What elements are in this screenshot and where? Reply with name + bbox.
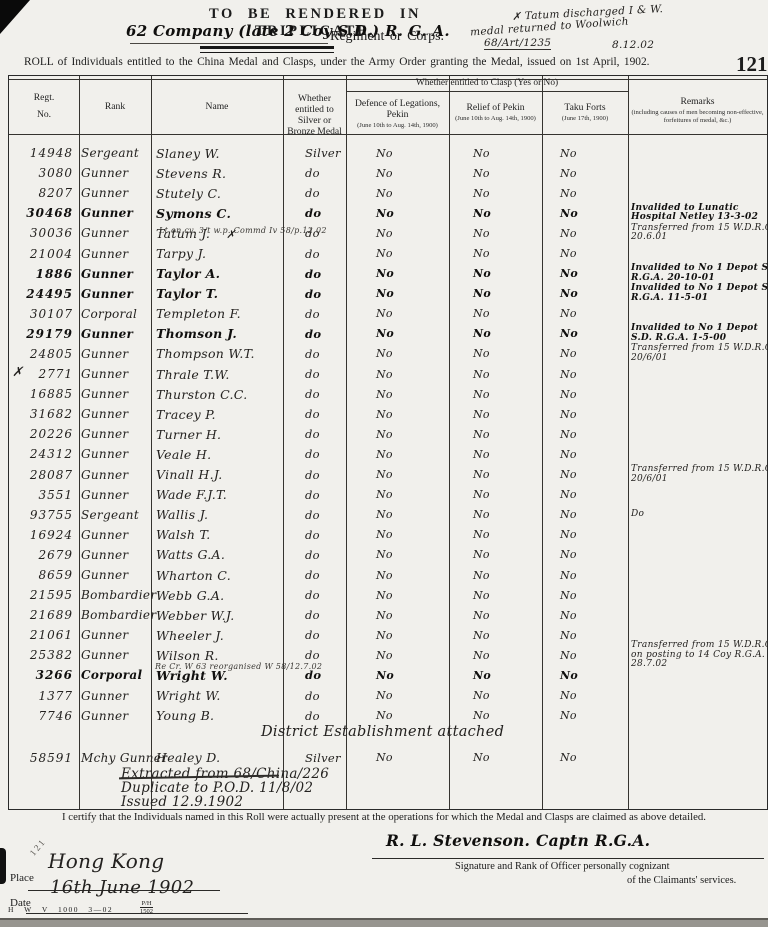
medal-value: do bbox=[283, 508, 346, 522]
medal-value: do bbox=[283, 347, 346, 361]
margin-x-mark: ✗ bbox=[12, 365, 23, 380]
clasp-defence-value: No bbox=[346, 207, 449, 220]
regt-no-value: 24495 bbox=[9, 287, 79, 301]
clasp-defence-value: No bbox=[346, 287, 449, 300]
table-row: 93755SergeantWallis J.doNoNoNoDo bbox=[9, 505, 767, 525]
medal-value: Silver bbox=[283, 751, 346, 765]
place-value: Hong Kong bbox=[48, 849, 164, 873]
clasp-relief-value: No bbox=[449, 649, 542, 662]
medal-value: do bbox=[283, 568, 346, 582]
clasp-relief-value: No bbox=[449, 167, 542, 180]
clasp-taku-value: No bbox=[542, 468, 628, 481]
name-value: Thrale T.W. bbox=[151, 367, 283, 382]
clasp-relief-value: No bbox=[449, 408, 542, 421]
rank-value: Gunner bbox=[79, 427, 151, 441]
rank-value: Gunner bbox=[79, 387, 151, 401]
rank-value: Gunner bbox=[79, 166, 151, 180]
header-clasp-group: Whether entitled to Clasp (Yes or No) bbox=[346, 78, 628, 89]
place-label: Place bbox=[10, 872, 34, 884]
clasp-defence-value: No bbox=[346, 649, 449, 662]
clasp-defence-value: No bbox=[346, 528, 449, 541]
medal-value: do bbox=[283, 628, 346, 642]
name-value: Templeton F. bbox=[151, 306, 283, 321]
clasp-taku-value: No bbox=[542, 327, 628, 340]
name-value: Young B. bbox=[151, 708, 283, 723]
clasp-defence-value: No bbox=[346, 327, 449, 340]
medal-value: do bbox=[283, 327, 346, 341]
medal-value: do bbox=[283, 488, 346, 502]
header-remarks-sub: (including causes of men becoming non-ef… bbox=[628, 109, 767, 124]
medal-value: do bbox=[283, 528, 346, 542]
clasp-relief-value: No bbox=[449, 689, 542, 702]
table-row: 31682GunnerTracey P.doNoNoNo bbox=[9, 404, 767, 424]
name-value: Taylor T. bbox=[151, 286, 283, 301]
clasp-defence-value: No bbox=[346, 751, 449, 764]
clasp-taku-value: No bbox=[542, 528, 628, 541]
medal-value: do bbox=[283, 608, 346, 622]
issued-note: Issued 12.9.1902 bbox=[121, 794, 243, 810]
rank-value: Gunner bbox=[79, 548, 151, 562]
clasp-defence-value: No bbox=[346, 428, 449, 441]
medal-value: do bbox=[283, 267, 346, 281]
regt-no-value: 31682 bbox=[9, 407, 79, 421]
medal-value: do bbox=[283, 468, 346, 482]
table-row: 58591Mchy GunnerHealey D.SilverNoNoNo bbox=[9, 748, 767, 768]
rank-value: Gunner bbox=[79, 568, 151, 582]
table-row: 7746GunnerYoung B.doNoNoNo bbox=[9, 706, 767, 726]
remarks-cell: Invalided to No 1 DepotS.D. R.G.A. 1-5-0… bbox=[628, 324, 767, 343]
remark-line: 20/6/01 bbox=[631, 354, 767, 364]
remark-line: Hospital Netley 13-3-02 bbox=[631, 213, 767, 223]
clasp-relief-value: No bbox=[449, 307, 542, 320]
regt-no-value: 3080 bbox=[9, 166, 79, 180]
clasp-taku-value: No bbox=[542, 428, 628, 441]
table-row: 30107CorporalTempleton F.doNoNoNo bbox=[9, 304, 767, 324]
rank-value: Bombardier bbox=[79, 608, 151, 622]
remarks-cell: Invalided to No 1 Depot S.D.R.G.A. 20-10… bbox=[628, 264, 767, 283]
table-row: 21595BombardierWebb G.A.doNoNoNo bbox=[9, 585, 767, 605]
clasp-taku-value: No bbox=[542, 247, 628, 260]
table-row: 21004GunnerTarpy J.doNoNoNo bbox=[9, 243, 767, 263]
clasp-taku-value: No bbox=[542, 207, 628, 220]
signature-line bbox=[372, 858, 764, 859]
clasp-defence-value: No bbox=[346, 227, 449, 240]
table-row: 20226GunnerTurner H.doNoNoNo bbox=[9, 424, 767, 444]
name-value: Slaney W. bbox=[151, 146, 283, 161]
clasp-defence-value: No bbox=[346, 448, 449, 461]
clasp-relief-value: No bbox=[449, 227, 542, 240]
clasp-taku-value: No bbox=[542, 569, 628, 582]
rank-value: Gunner bbox=[79, 226, 151, 240]
name-value: Tracey P. bbox=[151, 407, 283, 422]
table-row: 8659GunnerWharton C.doNoNoNo bbox=[9, 565, 767, 585]
clasp-taku-value: No bbox=[542, 167, 628, 180]
clasp-taku-value: No bbox=[542, 669, 628, 682]
header-taku-label: Taku Forts bbox=[564, 102, 605, 113]
clasp-defence-value: No bbox=[346, 368, 449, 381]
clasp-relief-value: No bbox=[449, 528, 542, 541]
signature-caption-line1: Signature and Rank of Officer personally… bbox=[455, 861, 669, 872]
regt-no-value: 21061 bbox=[9, 628, 79, 642]
clasp-defence-value: No bbox=[346, 589, 449, 602]
table-row: 25382GunnerWilson R.doNoNoNoTransferred … bbox=[9, 645, 767, 665]
clasp-taku-value: No bbox=[542, 388, 628, 401]
clasp-taku-value: No bbox=[542, 649, 628, 662]
header-relief-label: Relief of Pekin bbox=[466, 102, 524, 113]
rank-value: Corporal bbox=[79, 307, 151, 321]
regt-no-value: 8207 bbox=[9, 186, 79, 200]
table-rows: 14948SergeantSlaney W.SilverNoNoNo3080Gu… bbox=[9, 143, 767, 768]
table-row: ✗2771GunnerThrale T.W.doNoNoNo bbox=[9, 364, 767, 384]
clasp-defence-value: No bbox=[346, 187, 449, 200]
clasp-defence-value: No bbox=[346, 468, 449, 481]
clasp-relief-value: No bbox=[449, 709, 542, 722]
name-value: Healey D. bbox=[151, 750, 283, 765]
wright-interlinear-annotation: Re Cr. W 63 reorganised W 58/12.7.02 bbox=[155, 662, 322, 671]
medal-value: do bbox=[283, 166, 346, 180]
regt-no-value: 21004 bbox=[9, 247, 79, 261]
regt-no-value: 29179 bbox=[9, 327, 79, 341]
header-rank: Rank bbox=[79, 101, 151, 112]
table-row: 3080GunnerStevens R.doNoNoNo bbox=[9, 163, 767, 183]
table-row: 21689BombardierWebber W.J.doNoNoNo bbox=[9, 605, 767, 625]
name-value: Wharton C. bbox=[151, 568, 283, 583]
table-row: 30468GunnerSymons C.doNoNoNoInvalided to… bbox=[9, 203, 767, 223]
header-defence-of-legations: Defence of Legations, Pekin (June 10th t… bbox=[346, 98, 449, 130]
clasp-taku-value: No bbox=[542, 548, 628, 561]
clasp-defence-value: No bbox=[346, 488, 449, 501]
regiment-or-corps-label: Regiment or Corps. bbox=[330, 29, 444, 45]
table-row: 1377GunnerWright W.doNoNoNo bbox=[9, 686, 767, 706]
medal-value: do bbox=[283, 206, 346, 220]
clasp-defence-value: No bbox=[346, 548, 449, 561]
regt-no-value: 25382 bbox=[9, 648, 79, 662]
remarks-cell: Transferred from 15 W.D.R.Ga20.6.01 bbox=[628, 224, 767, 243]
table-row: 8207GunnerStutely C.doNoNoNo bbox=[9, 183, 767, 203]
file-stamp: P/H 1502 bbox=[140, 900, 153, 915]
rank-value: Gunner bbox=[79, 327, 151, 341]
regt-no-value: 14948 bbox=[9, 146, 79, 160]
table-row: 2679GunnerWatts G.A.doNoNoNo bbox=[9, 545, 767, 565]
header-taku-forts: Taku Forts (June 17th, 1900) bbox=[542, 102, 628, 123]
clasp-relief-value: No bbox=[449, 147, 542, 160]
name-value: Wright W. bbox=[151, 688, 283, 703]
unit-underline bbox=[130, 43, 328, 44]
header-remarks: Remarks (including causes of men becomin… bbox=[628, 96, 767, 124]
rank-value: Gunner bbox=[79, 709, 151, 723]
name-value: Wallis J. bbox=[151, 507, 283, 522]
table-row: 24312GunnerVeale H.doNoNoNo bbox=[9, 444, 767, 464]
name-value: Watts G.A. bbox=[151, 547, 283, 562]
header-name: Name bbox=[151, 101, 283, 112]
clasp-relief-value: No bbox=[449, 207, 542, 220]
name-value: Thurston C.C. bbox=[151, 387, 283, 402]
rank-value: Gunner bbox=[79, 468, 151, 482]
header-relief-dates: (June 10th to Aug. 14th, 1900) bbox=[449, 115, 542, 123]
clasp-defence-value: No bbox=[346, 669, 449, 682]
clasp-taku-value: No bbox=[542, 689, 628, 702]
remarks-cell: Invalided to LunaticHospital Netley 13-3… bbox=[628, 204, 767, 223]
name-value: Symons C. bbox=[151, 206, 283, 221]
rank-value: Gunner bbox=[79, 287, 151, 301]
rank-value: Gunner bbox=[79, 206, 151, 220]
table-row: 29179GunnerThomson J.doNoNoNoInvalided t… bbox=[9, 324, 767, 344]
regt-no-value: 58591 bbox=[9, 751, 79, 765]
clasp-taku-value: No bbox=[542, 589, 628, 602]
regt-no-value: 1377 bbox=[9, 689, 79, 703]
clasp-taku-value: No bbox=[542, 147, 628, 160]
clasp-defence-value: No bbox=[346, 147, 449, 160]
clasp-relief-value: No bbox=[449, 448, 542, 461]
header-defence-label: Defence of Legations, Pekin bbox=[355, 98, 440, 120]
table-row: 3551GunnerWade F.J.T.doNoNoNo bbox=[9, 485, 767, 505]
regt-no-value: 30468 bbox=[9, 206, 79, 220]
regt-no-value: 3551 bbox=[9, 488, 79, 502]
regt-no-value: 21595 bbox=[9, 588, 79, 602]
rank-value: Bombardier bbox=[79, 588, 151, 602]
clasp-taku-value: No bbox=[542, 347, 628, 360]
clasp-taku-value: No bbox=[542, 709, 628, 722]
name-value: Walsh T. bbox=[151, 527, 283, 542]
tatum-interlinear-annotation: Lt on cv. 3/t w.p. Commd Iv 58/p.12.02 bbox=[159, 226, 327, 235]
header-medal-entitlement: Whether entitled to Silver or Bronze Med… bbox=[283, 93, 346, 137]
clasp-relief-value: No bbox=[449, 247, 542, 260]
medal-value: do bbox=[283, 689, 346, 703]
table-row: 3266CorporalWright W.doNoNoNo bbox=[9, 665, 767, 685]
roll-statement: ROLL of Individuals entitled to the Chin… bbox=[24, 56, 736, 68]
officer-signature: R. L. Stevenson. Captn R.G.A. bbox=[386, 831, 650, 850]
regt-no-value: 7746 bbox=[9, 709, 79, 723]
clasp-relief-value: No bbox=[449, 488, 542, 501]
name-value: Thomson J. bbox=[151, 326, 283, 341]
clasp-taku-value: No bbox=[542, 629, 628, 642]
table-row: 24805GunnerThompson W.T.doNoNoNoTransfer… bbox=[9, 344, 767, 364]
name-value: Veale H. bbox=[151, 447, 283, 462]
certification-statement: I certify that the Individuals named in … bbox=[30, 811, 738, 823]
rank-value: Gunner bbox=[79, 347, 151, 361]
clasp-relief-value: No bbox=[449, 368, 542, 381]
table-row: 30036GunnerTatum J.✗doNoNoNoTransferred … bbox=[9, 223, 767, 243]
name-value: Wilson R. bbox=[151, 648, 283, 663]
name-value: Webb G.A. bbox=[151, 588, 283, 603]
regt-no-value: 28087 bbox=[9, 468, 79, 482]
header-defence-dates: (June 10th to Aug. 14th, 1900) bbox=[346, 122, 449, 130]
rank-value: Gunner bbox=[79, 407, 151, 421]
date-value: 16th June 1902 bbox=[50, 877, 194, 898]
clasp-defence-value: No bbox=[346, 247, 449, 260]
remarks-cell: Transferred from 15 W.D.R.Ga20/6/01 bbox=[628, 344, 767, 363]
rank-value: Gunner bbox=[79, 528, 151, 542]
pencil-note: 121 bbox=[28, 836, 48, 857]
rank-value: Gunner bbox=[79, 628, 151, 642]
signature-caption-line2: of the Claimants' services. bbox=[627, 875, 736, 886]
medal-value: do bbox=[283, 407, 346, 421]
rank-value: Corporal bbox=[79, 668, 151, 682]
name-value: Stevens R. bbox=[151, 166, 283, 181]
clasp-relief-value: No bbox=[449, 751, 542, 764]
remark-line: S.D. R.G.A. 1-5-00 bbox=[631, 334, 767, 344]
remark-line: 20.6.01 bbox=[631, 233, 767, 243]
header-regt-line2: No. bbox=[9, 109, 79, 120]
header-bottom-rule bbox=[9, 134, 767, 135]
clasp-taku-value: No bbox=[542, 368, 628, 381]
regt-no-value: 24805 bbox=[9, 347, 79, 361]
medal-value: do bbox=[283, 287, 346, 301]
table-row: 28087GunnerVinall H.J.doNoNoNoTransferre… bbox=[9, 465, 767, 485]
clasp-relief-value: No bbox=[449, 569, 542, 582]
printer-code: H W V 1000 3—02 bbox=[8, 905, 113, 914]
clasp-defence-value: No bbox=[346, 609, 449, 622]
regt-no-value: 3266 bbox=[9, 668, 79, 682]
clasp-taku-value: No bbox=[542, 448, 628, 461]
clasp-taku-value: No bbox=[542, 287, 628, 300]
clasp-relief-value: No bbox=[449, 347, 542, 360]
remarks-cell: Invalided to No 1 Depot S.D.R.G.A. 11-5-… bbox=[628, 284, 767, 303]
clasp-taku-value: No bbox=[542, 609, 628, 622]
rank-value: Gunner bbox=[79, 648, 151, 662]
clasp-defence-value: No bbox=[346, 307, 449, 320]
clasp-relief-value: No bbox=[449, 428, 542, 441]
regt-no-value: 16885 bbox=[9, 387, 79, 401]
top-annotation-reference: 68/Art/1235 bbox=[484, 37, 551, 50]
medal-value: Silver bbox=[283, 146, 346, 160]
name-value: Vinall H.J. bbox=[151, 467, 283, 482]
clasp-relief-value: No bbox=[449, 327, 542, 340]
page-number-stamp: 121 bbox=[736, 52, 768, 77]
table-row: 16885GunnerThurston C.C.doNoNoNo bbox=[9, 384, 767, 404]
header-regt-no: Regt. No. bbox=[9, 92, 79, 126]
name-value: Tarpy J. bbox=[151, 246, 283, 261]
regt-no-value: 2679 bbox=[9, 548, 79, 562]
top-annotation-date: 8.12.02 bbox=[612, 39, 654, 51]
clasp-defence-value: No bbox=[346, 267, 449, 280]
regt-no-value: 24312 bbox=[9, 447, 79, 461]
clasp-defence-value: No bbox=[346, 689, 449, 702]
rank-value: Gunner bbox=[79, 689, 151, 703]
clasp-defence-value: No bbox=[346, 167, 449, 180]
clasp-relief-value: No bbox=[449, 669, 542, 682]
medal-value: do bbox=[283, 367, 346, 381]
rank-value: Sergeant bbox=[79, 508, 151, 522]
clasp-taku-value: No bbox=[542, 488, 628, 501]
medal-value: do bbox=[283, 387, 346, 401]
clasp-relief-value: No bbox=[449, 609, 542, 622]
clasp-relief-value: No bbox=[449, 388, 542, 401]
table-row: 24495GunnerTaylor T.doNoNoNoInvalided to… bbox=[9, 284, 767, 304]
medal-roll-table: Regt. No. Rank Name Whether entitled to … bbox=[8, 75, 768, 810]
clasp-defence-value: No bbox=[346, 569, 449, 582]
regt-no-value: 93755 bbox=[9, 508, 79, 522]
clasp-taku-value: No bbox=[542, 227, 628, 240]
clasp-taku-value: No bbox=[542, 187, 628, 200]
medal-value: do bbox=[283, 186, 346, 200]
header-relief-of-pekin: Relief of Pekin (June 10th to Aug. 14th,… bbox=[449, 102, 542, 123]
clasp-taku-value: No bbox=[542, 408, 628, 421]
remarks-cell: Do bbox=[628, 510, 767, 520]
name-value: Webber W.J. bbox=[151, 608, 283, 623]
rank-value: Gunner bbox=[79, 267, 151, 281]
clasp-relief-value: No bbox=[449, 187, 542, 200]
remarks-cell: Transferred from 15 W.D.R.Ga20/6/01 bbox=[628, 465, 767, 484]
clasp-taku-value: No bbox=[542, 508, 628, 521]
name-value: Turner H. bbox=[151, 427, 283, 442]
medal-value: do bbox=[283, 648, 346, 662]
remark-line: R.G.A. 11-5-01 bbox=[631, 294, 767, 304]
rank-value: Gunner bbox=[79, 186, 151, 200]
table-row: 16924GunnerWalsh T.doNoNoNo bbox=[9, 525, 767, 545]
clasp-defence-value: No bbox=[346, 709, 449, 722]
double-rule bbox=[200, 46, 334, 53]
district-establishment-note: District Establishment attached bbox=[261, 724, 504, 740]
clasp-relief-value: No bbox=[449, 508, 542, 521]
clasp-relief-value: No bbox=[449, 468, 542, 481]
rank-value: Gunner bbox=[79, 247, 151, 261]
remark-line: R.G.A. 20-10-01 bbox=[631, 274, 767, 284]
regt-no-value: 8659 bbox=[9, 568, 79, 582]
clasp-relief-value: No bbox=[449, 548, 542, 561]
rank-value: Gunner bbox=[79, 488, 151, 502]
header-regt-line1: Regt. bbox=[9, 92, 79, 103]
medal-value: do bbox=[283, 247, 346, 261]
scan-edge-artifact bbox=[0, 848, 6, 884]
remark-line: Do bbox=[631, 510, 767, 520]
regt-no-value: 20226 bbox=[9, 427, 79, 441]
scan-bottom-strip bbox=[0, 918, 768, 927]
regt-no-value: 21689 bbox=[9, 608, 79, 622]
regt-no-value: 16924 bbox=[9, 528, 79, 542]
header-taku-dates: (June 17th, 1900) bbox=[542, 115, 628, 123]
rank-value: Mchy Gunner bbox=[79, 751, 151, 765]
medal-value: do bbox=[283, 427, 346, 441]
scan-corner-artifact bbox=[0, 0, 30, 34]
medal-value: do bbox=[283, 548, 346, 562]
name-value: Wheeler J. bbox=[151, 628, 283, 643]
clasp-group-rule bbox=[346, 91, 628, 92]
clasp-relief-value: No bbox=[449, 267, 542, 280]
name-value: Taylor A. bbox=[151, 266, 283, 281]
clasp-taku-value: No bbox=[542, 307, 628, 320]
remark-line: 20/6/01 bbox=[631, 475, 767, 485]
clasp-relief-value: No bbox=[449, 589, 542, 602]
rank-value: Sergeant bbox=[79, 146, 151, 160]
header-remarks-label: Remarks bbox=[680, 96, 714, 107]
file-stamp-bottom: 1502 bbox=[140, 907, 153, 915]
medal-value: do bbox=[283, 709, 346, 723]
table-row: 1886GunnerTaylor A.doNoNoNoInvalided to … bbox=[9, 264, 767, 284]
clasp-defence-value: No bbox=[346, 629, 449, 642]
medal-value: do bbox=[283, 447, 346, 461]
medal-value: do bbox=[283, 307, 346, 321]
clasp-defence-value: No bbox=[346, 388, 449, 401]
medal-value: do bbox=[283, 588, 346, 602]
clasp-taku-value: No bbox=[542, 751, 628, 764]
name-value: Thompson W.T. bbox=[151, 346, 283, 361]
regt-no-value: 30036 bbox=[9, 226, 79, 240]
name-value: Stutely C. bbox=[151, 186, 283, 201]
clasp-defence-value: No bbox=[346, 408, 449, 421]
rank-value: Gunner bbox=[79, 367, 151, 381]
regt-no-value: 1886 bbox=[9, 267, 79, 281]
medal-roll-document: TO BE RENDERED IN TRIPLICATE. 62 Company… bbox=[0, 0, 768, 927]
regt-no-value: 30107 bbox=[9, 307, 79, 321]
clasp-taku-value: No bbox=[542, 267, 628, 280]
clasp-defence-value: No bbox=[346, 347, 449, 360]
name-value: Wade F.J.T. bbox=[151, 487, 283, 502]
clasp-relief-value: No bbox=[449, 629, 542, 642]
table-row: 14948SergeantSlaney W.SilverNoNoNo bbox=[9, 143, 767, 163]
rank-value: Gunner bbox=[79, 447, 151, 461]
clasp-relief-value: No bbox=[449, 287, 542, 300]
